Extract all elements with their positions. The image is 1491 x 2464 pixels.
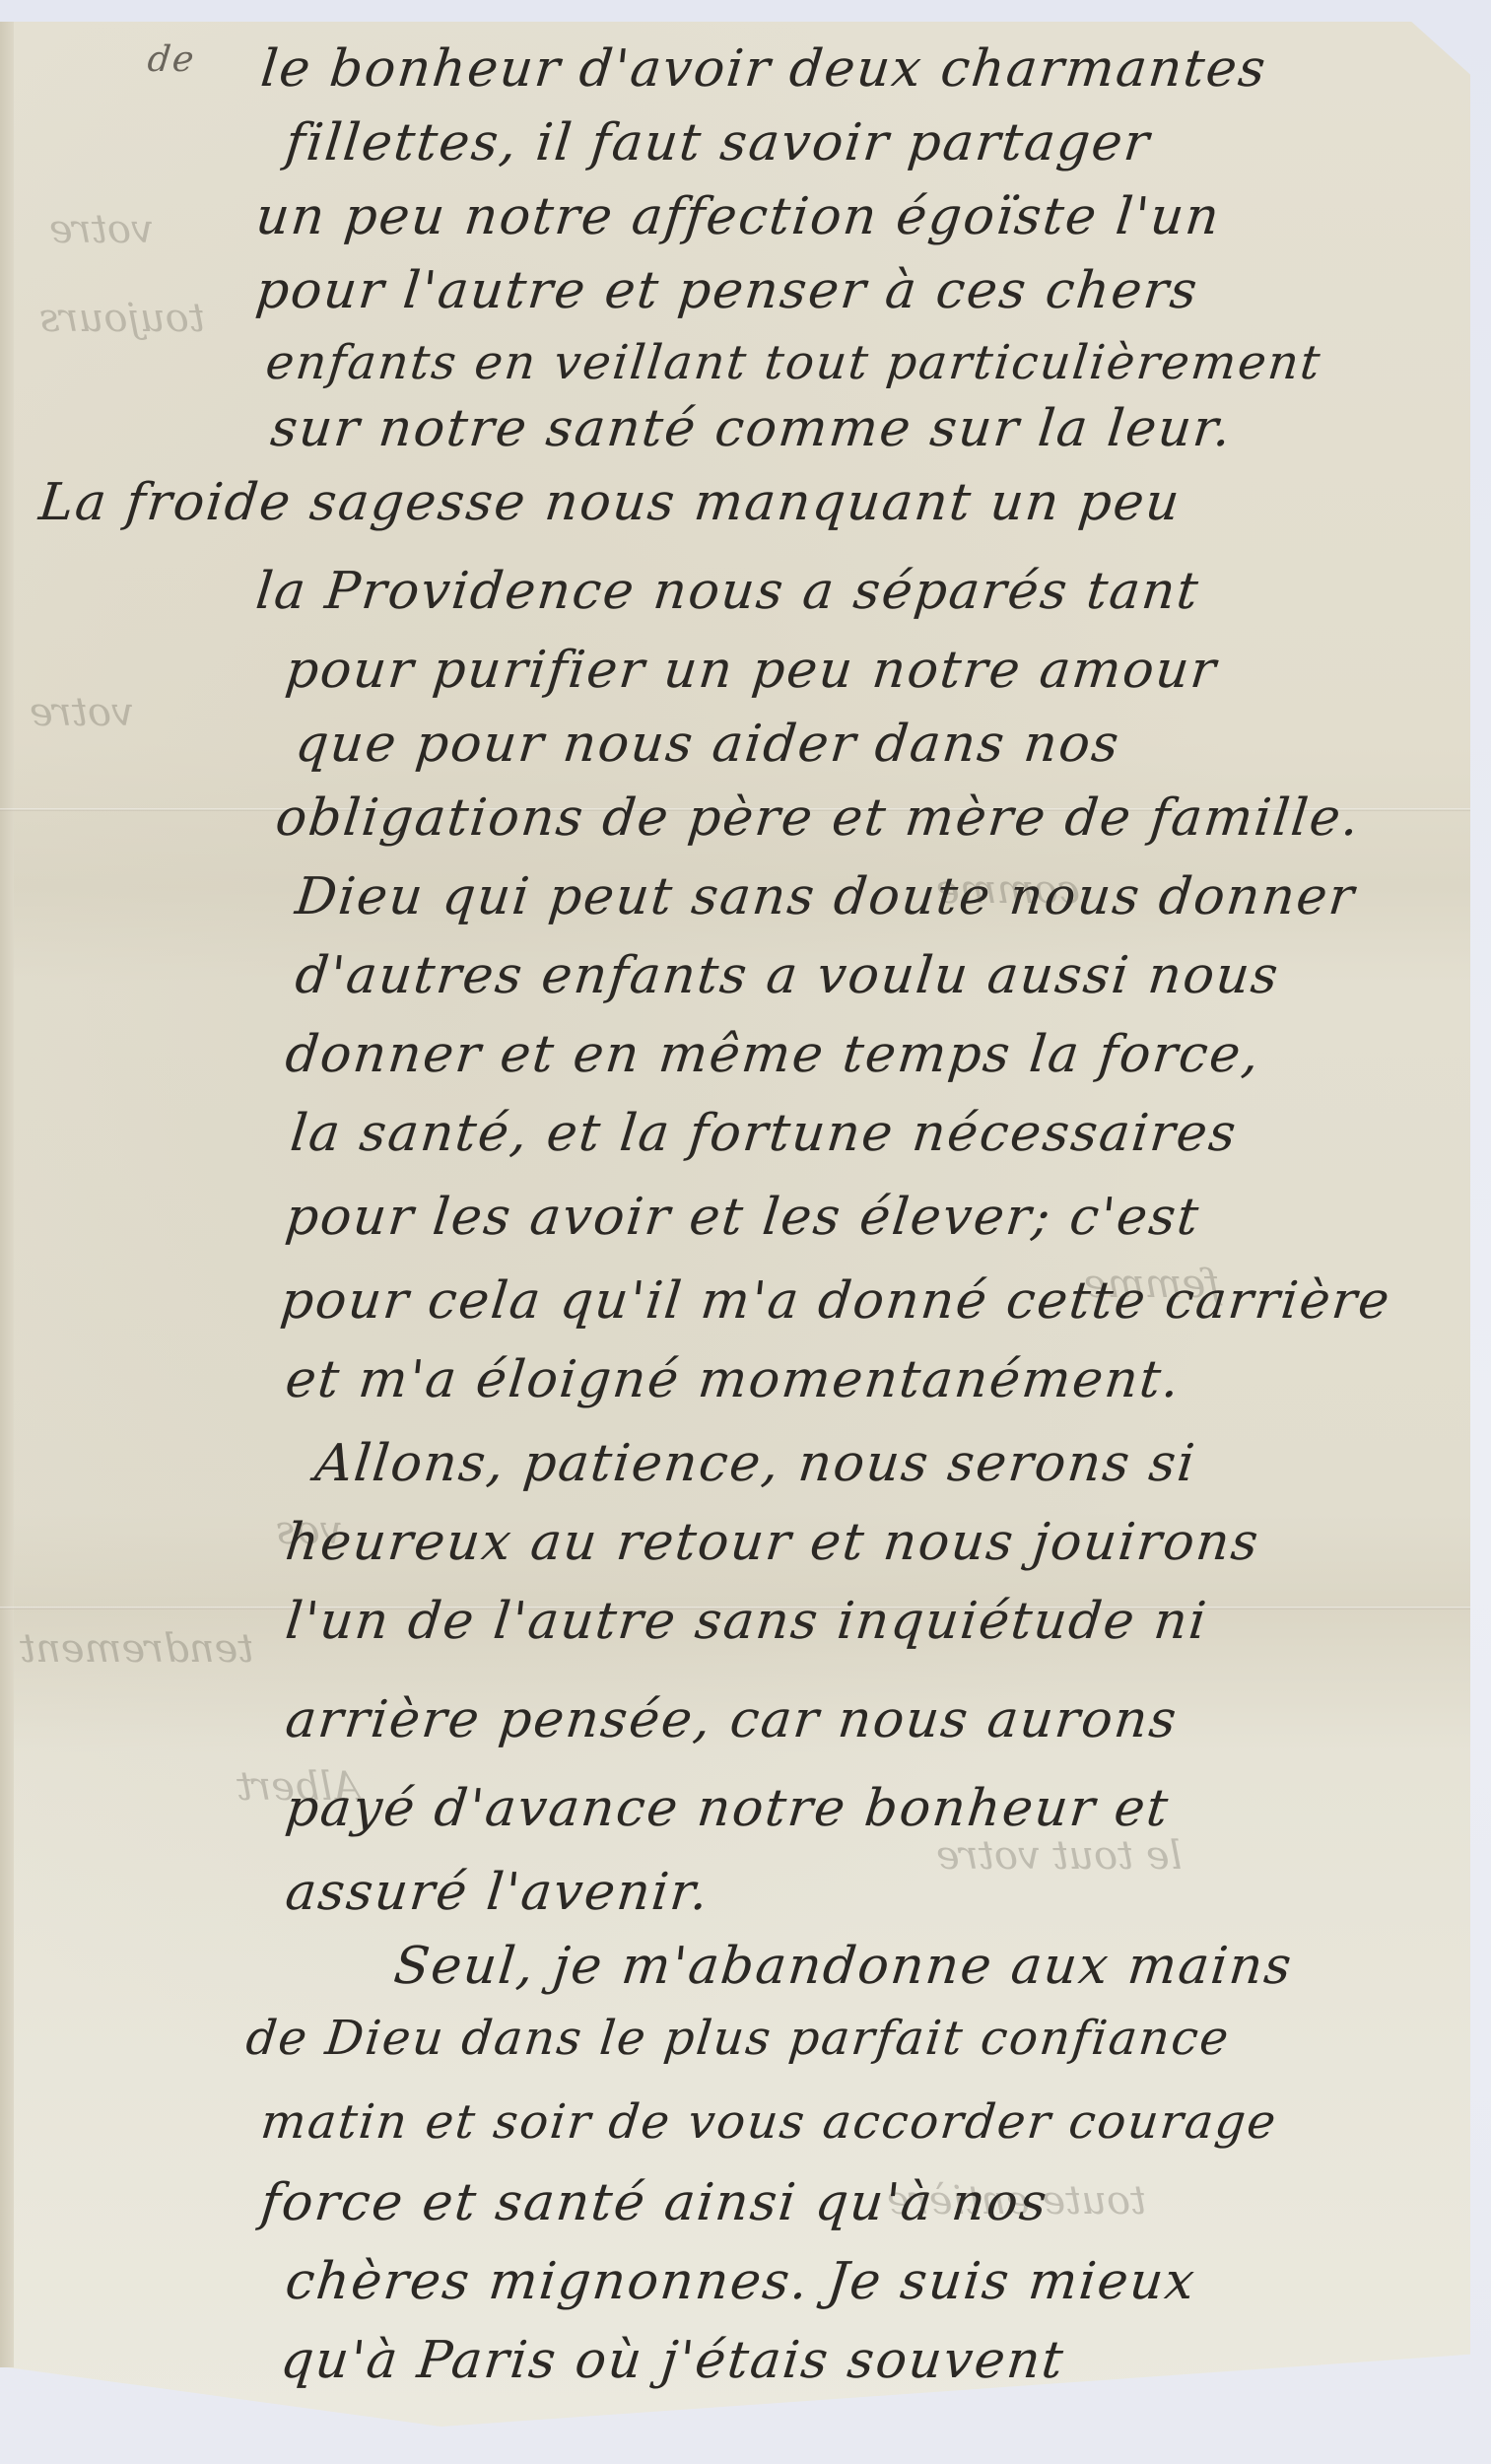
letter-line: pour l'autre et penser à ces chers [253, 261, 1201, 320]
letter-line: le bonheur d'avoir deux charmantes [258, 39, 1270, 99]
letter-line: La froide sagesse nous manquant un peu [36, 473, 1184, 532]
margin-note: de [146, 39, 198, 80]
letter-line: un peu notre affection égoïste l'un [253, 187, 1224, 246]
letter-line: Dieu qui peut sans doute nous donner [293, 867, 1359, 926]
letter-line: force et santé ainsi qu'à nos [258, 2173, 1051, 2232]
letter-line: Seul, je m'abandonne aux mains [391, 1937, 1296, 1996]
letter-line: arrière pensée, car nous aurons [283, 1690, 1181, 1749]
letter-line: la Providence nous a séparés tant [253, 562, 1203, 621]
letter-line: chères mignonnes. Je suis mieux [283, 2252, 1199, 2311]
letter-line: Allons, patience, nous serons si [312, 1434, 1199, 1493]
letter-line: heureux au retour et nous jouirons [283, 1513, 1262, 1572]
bleed-through-text: votre [30, 690, 134, 735]
letter-line: payé d'avance notre bonheur et [283, 1779, 1173, 1838]
letter-line: obligations de père et mère de famille. [273, 788, 1364, 848]
letter-body: votre toujours votre comme femme vos Alb… [0, 0, 1470, 2464]
letter-line: pour les avoir et les élever; c'est [283, 1188, 1203, 1247]
letter-line: la santé, et la fortune nécessaires [288, 1104, 1241, 1163]
letter-line: matin et soir de vous accorder courage [258, 2094, 1280, 2150]
letter-line: l'un de l'autre sans inquiétude ni [283, 1592, 1211, 1651]
letter-line: de Dieu dans le plus parfait confiance [243, 2011, 1233, 2066]
letter-line: assuré l'avenir. [283, 1863, 712, 1922]
letter-line: fillettes, il faut savoir partager [283, 113, 1154, 172]
bleed-through-text: toujours [39, 296, 205, 341]
bleed-through-text: tendrement [20, 1626, 253, 1672]
letter-line: enfants en veillant tout particulièremen… [263, 335, 1324, 390]
letter-line: et m'a éloigné momentanément. [283, 1350, 1184, 1409]
letter-line: que pour nous aider dans nos [293, 715, 1123, 774]
letter-line: d'autres enfants a voulu aussi nous [293, 946, 1283, 1005]
bleed-through-text: le tout votre [936, 1833, 1182, 1879]
letter-line: qu'à Paris où j'étais souvent [278, 2331, 1068, 2390]
letter-line: donner et en même temps la force, [283, 1025, 1263, 1084]
letter-line: pour cela qu'il m'a donné cette carrière [278, 1271, 1394, 1331]
letter-line: pour purifier un peu notre amour [283, 641, 1220, 700]
letter-line: sur notre santé comme sur la leur. [268, 399, 1236, 458]
bleed-through-text: votre [49, 207, 154, 252]
